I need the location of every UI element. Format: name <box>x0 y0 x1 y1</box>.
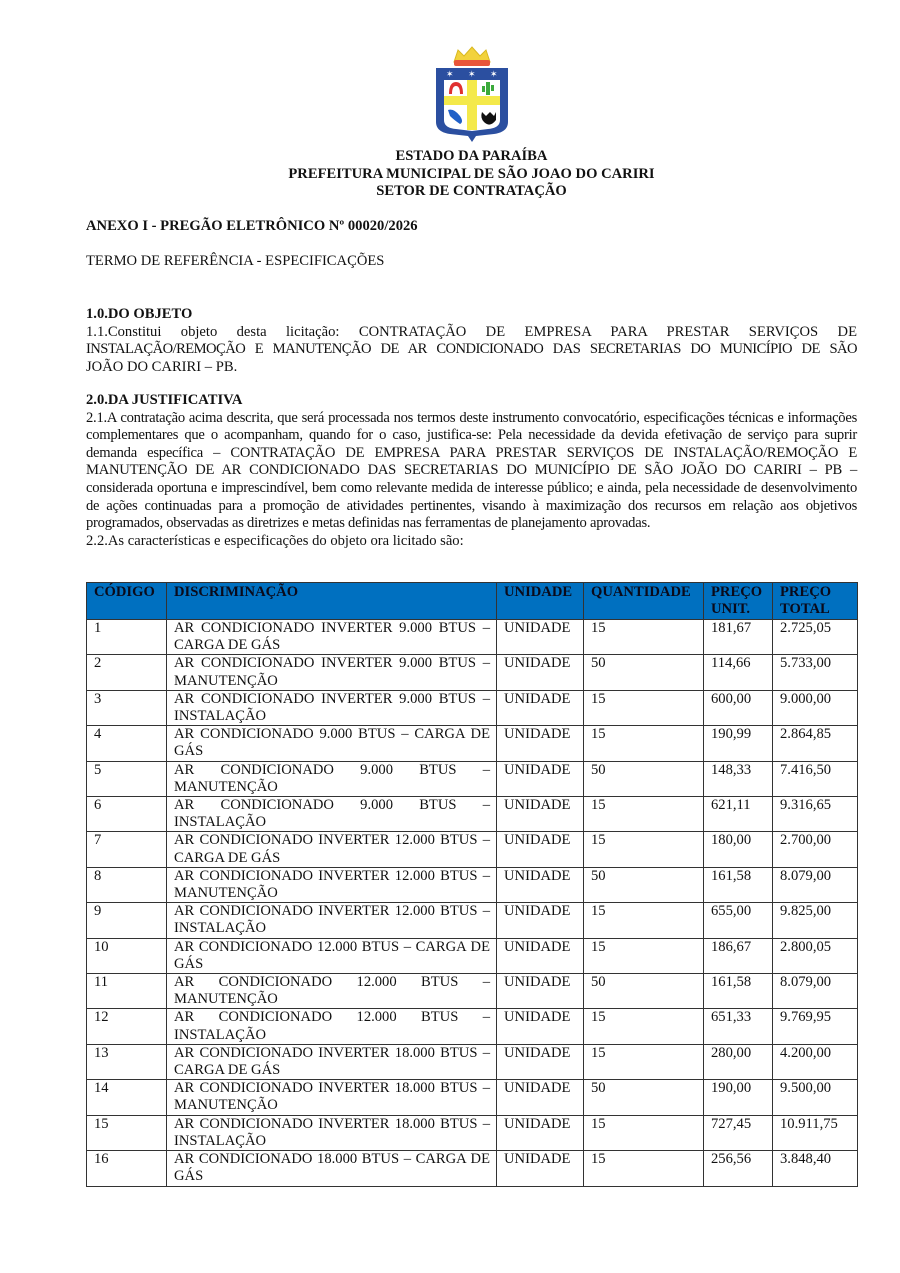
cell-codigo: 12 <box>87 1009 167 1044</box>
cell-unidade: UNIDADE <box>497 1044 584 1079</box>
cell-discriminacao: AR CONDICIONADO INVERTER 18.000 BTUS – C… <box>167 1044 497 1079</box>
cell-preco-unit: 190,00 <box>704 1080 773 1115</box>
table-row: 10AR CONDICIONADO 12.000 BTUS – CARGA DE… <box>87 938 858 973</box>
table-row: 14AR CONDICIONADO INVERTER 18.000 BTUS –… <box>87 1080 858 1115</box>
cell-discriminacao: AR CONDICIONADO 12.000 BTUS – MANUTENÇÃO <box>167 974 497 1009</box>
section-title: 1.0.DO OBJETO <box>86 306 857 324</box>
cell-quantidade: 15 <box>584 690 704 725</box>
cell-preco-unit: 161,58 <box>704 867 773 902</box>
column-header-preco-unit: PREÇO UNIT. <box>704 583 773 620</box>
cell-preco-unit: 148,33 <box>704 761 773 796</box>
cell-codigo: 4 <box>87 726 167 761</box>
cell-discriminacao: AR CONDICIONADO INVERTER 18.000 BTUS – M… <box>167 1080 497 1115</box>
paragraph: 2.2.As características e especificações … <box>86 533 857 551</box>
cell-preco-total: 7.416,50 <box>773 761 858 796</box>
cell-preco-total: 9.000,00 <box>773 690 858 725</box>
document-title: ANEXO I - PREGÃO ELETRÔNICO Nº 00020/202… <box>86 218 418 236</box>
cell-codigo: 14 <box>87 1080 167 1115</box>
cell-discriminacao: AR CONDICIONADO INVERTER 18.000 BTUS – I… <box>167 1115 497 1150</box>
table-row: 11AR CONDICIONADO 12.000 BTUS – MANUTENÇ… <box>87 974 858 1009</box>
cell-unidade: UNIDADE <box>497 761 584 796</box>
cell-codigo: 16 <box>87 1151 167 1186</box>
cell-codigo: 15 <box>87 1115 167 1150</box>
cell-preco-total: 9.769,95 <box>773 1009 858 1044</box>
cell-preco-unit: 180,00 <box>704 832 773 867</box>
cell-preco-unit: 186,67 <box>704 938 773 973</box>
cell-discriminacao: AR CONDICIONADO INVERTER 12.000 BTUS – C… <box>167 832 497 867</box>
cell-quantidade: 15 <box>584 797 704 832</box>
cell-codigo: 9 <box>87 903 167 938</box>
svg-text:✶: ✶ <box>468 70 476 80</box>
table-row: 13AR CONDICIONADO INVERTER 18.000 BTUS –… <box>87 1044 858 1079</box>
cell-preco-total: 10.911,75 <box>773 1115 858 1150</box>
cell-preco-unit: 256,56 <box>704 1151 773 1186</box>
state-name: ESTADO DA PARAÍBA <box>86 148 857 166</box>
cell-discriminacao: AR CONDICIONADO 18.000 BTUS – CARGA DE G… <box>167 1151 497 1186</box>
table-row: 16AR CONDICIONADO 18.000 BTUS – CARGA DE… <box>87 1151 858 1186</box>
cell-discriminacao: AR CONDICIONADO 9.000 BTUS – INSTALAÇÃO <box>167 797 497 832</box>
cell-preco-unit: 600,00 <box>704 690 773 725</box>
column-header-discriminacao: DISCRIMINAÇÃO <box>167 583 497 620</box>
cell-codigo: 8 <box>87 867 167 902</box>
cell-quantidade: 50 <box>584 974 704 1009</box>
cell-unidade: UNIDADE <box>497 1080 584 1115</box>
cell-unidade: UNIDADE <box>497 797 584 832</box>
section-objeto: 1.0.DO OBJETO 1.1.Constitui objeto desta… <box>86 306 857 376</box>
cell-quantidade: 15 <box>584 1009 704 1044</box>
cell-discriminacao: AR CONDICIONADO 9.000 BTUS – CARGA DE GÁ… <box>167 726 497 761</box>
cell-preco-total: 8.079,00 <box>773 867 858 902</box>
cell-codigo: 7 <box>87 832 167 867</box>
cell-codigo: 6 <box>87 797 167 832</box>
cell-discriminacao: AR CONDICIONADO 9.000 BTUS – MANUTENÇÃO <box>167 761 497 796</box>
cell-quantidade: 50 <box>584 761 704 796</box>
cell-preco-total: 3.848,40 <box>773 1151 858 1186</box>
cell-codigo: 13 <box>87 1044 167 1079</box>
cell-preco-total: 2.700,00 <box>773 832 858 867</box>
cell-codigo: 10 <box>87 938 167 973</box>
cell-preco-total: 9.500,00 <box>773 1080 858 1115</box>
cell-preco-total: 2.800,05 <box>773 938 858 973</box>
cell-preco-total: 4.200,00 <box>773 1044 858 1079</box>
cell-codigo: 11 <box>87 974 167 1009</box>
cell-unidade: UNIDADE <box>497 726 584 761</box>
table-row: 5AR CONDICIONADO 9.000 BTUS – MANUTENÇÃO… <box>87 761 858 796</box>
cell-discriminacao: AR CONDICIONADO 12.000 BTUS – CARGA DE G… <box>167 938 497 973</box>
cell-quantidade: 15 <box>584 1151 704 1186</box>
table-row: 9AR CONDICIONADO INVERTER 12.000 BTUS – … <box>87 903 858 938</box>
cell-quantidade: 50 <box>584 867 704 902</box>
cell-preco-unit: 181,67 <box>704 620 773 655</box>
table-row: 6AR CONDICIONADO 9.000 BTUS – INSTALAÇÃO… <box>87 797 858 832</box>
cell-discriminacao: AR CONDICIONADO 12.000 BTUS – INSTALAÇÃO <box>167 1009 497 1044</box>
table-row: 8AR CONDICIONADO INVERTER 12.000 BTUS – … <box>87 867 858 902</box>
document-subtitle: TERMO DE REFERÊNCIA - ESPECIFICAÇÕES <box>86 253 384 271</box>
table-row: 15AR CONDICIONADO INVERTER 18.000 BTUS –… <box>87 1115 858 1150</box>
items-table: CÓDIGO DISCRIMINAÇÃO UNIDADE QUANTIDADE … <box>86 582 858 1187</box>
table-row: 4AR CONDICIONADO 9.000 BTUS – CARGA DE G… <box>87 726 858 761</box>
cell-preco-total: 2.864,85 <box>773 726 858 761</box>
cell-preco-unit: 280,00 <box>704 1044 773 1079</box>
table-body: 1AR CONDICIONADO INVERTER 9.000 BTUS – C… <box>87 620 858 1187</box>
cell-preco-unit: 621,11 <box>704 797 773 832</box>
cell-discriminacao: AR CONDICIONADO INVERTER 9.000 BTUS – IN… <box>167 690 497 725</box>
paragraph-line: 1.1.Constitui objeto desta licitação: CO… <box>86 324 857 342</box>
cell-codigo: 5 <box>87 761 167 796</box>
section-justificativa: 2.0.DA JUSTIFICATIVA 2.1.A contratação a… <box>86 392 857 550</box>
cell-quantidade: 15 <box>584 620 704 655</box>
cell-discriminacao: AR CONDICIONADO INVERTER 9.000 BTUS – MA… <box>167 655 497 690</box>
cell-preco-unit: 114,66 <box>704 655 773 690</box>
cell-preco-total: 8.079,00 <box>773 974 858 1009</box>
table-header-row: CÓDIGO DISCRIMINAÇÃO UNIDADE QUANTIDADE … <box>87 583 858 620</box>
cell-unidade: UNIDADE <box>497 832 584 867</box>
cell-unidade: UNIDADE <box>497 690 584 725</box>
table-row: 1AR CONDICIONADO INVERTER 9.000 BTUS – C… <box>87 620 858 655</box>
cell-codigo: 1 <box>87 620 167 655</box>
cell-unidade: UNIDADE <box>497 867 584 902</box>
cell-quantidade: 50 <box>584 655 704 690</box>
paragraph: 2.1.A contratação acima descrita, que se… <box>86 410 857 533</box>
municipality-name: PREFEITURA MUNICIPAL DE SÃO JOAO DO CARI… <box>86 166 857 184</box>
cell-quantidade: 15 <box>584 832 704 867</box>
cell-unidade: UNIDADE <box>497 655 584 690</box>
cell-codigo: 3 <box>87 690 167 725</box>
cell-preco-unit: 190,99 <box>704 726 773 761</box>
letterhead: ESTADO DA PARAÍBA PREFEITURA MUNICIPAL D… <box>86 148 857 201</box>
svg-text:✶: ✶ <box>490 70 498 80</box>
cell-discriminacao: AR CONDICIONADO INVERTER 12.000 BTUS – M… <box>167 867 497 902</box>
cell-preco-unit: 655,00 <box>704 903 773 938</box>
column-header-quantidade: QUANTIDADE <box>584 583 704 620</box>
coat-of-arms-icon: ✶ ✶ ✶ <box>432 44 512 144</box>
cell-preco-total: 2.725,05 <box>773 620 858 655</box>
column-header-codigo: CÓDIGO <box>87 583 167 620</box>
cell-quantidade: 15 <box>584 726 704 761</box>
cell-preco-unit: 651,33 <box>704 1009 773 1044</box>
cell-preco-unit: 727,45 <box>704 1115 773 1150</box>
column-header-unidade: UNIDADE <box>497 583 584 620</box>
cell-preco-unit: 161,58 <box>704 974 773 1009</box>
cell-unidade: UNIDADE <box>497 903 584 938</box>
cell-discriminacao: AR CONDICIONADO INVERTER 9.000 BTUS – CA… <box>167 620 497 655</box>
column-header-preco-total: PREÇO TOTAL <box>773 583 858 620</box>
cell-unidade: UNIDADE <box>497 938 584 973</box>
cell-quantidade: 15 <box>584 903 704 938</box>
table-row: 7AR CONDICIONADO INVERTER 12.000 BTUS – … <box>87 832 858 867</box>
table-row: 3AR CONDICIONADO INVERTER 9.000 BTUS – I… <box>87 690 858 725</box>
cell-quantidade: 15 <box>584 1115 704 1150</box>
department-name: SETOR DE CONTRATAÇÃO <box>86 183 857 201</box>
cell-unidade: UNIDADE <box>497 974 584 1009</box>
cell-quantidade: 15 <box>584 938 704 973</box>
cell-unidade: UNIDADE <box>497 1151 584 1186</box>
cell-quantidade: 15 <box>584 1044 704 1079</box>
svg-text:✶: ✶ <box>446 70 454 80</box>
cell-preco-total: 5.733,00 <box>773 655 858 690</box>
cell-quantidade: 50 <box>584 1080 704 1115</box>
paragraph-line: JOÃO DO CARIRI – PB. <box>86 359 857 377</box>
table-row: 12AR CONDICIONADO 12.000 BTUS – INSTALAÇ… <box>87 1009 858 1044</box>
paragraph-line: INSTALAÇÃO/REMOÇÃO E MANUTENÇÃO DE AR CO… <box>86 341 857 359</box>
cell-preco-total: 9.825,00 <box>773 903 858 938</box>
section-title: 2.0.DA JUSTIFICATIVA <box>86 392 857 410</box>
cell-unidade: UNIDADE <box>497 620 584 655</box>
table-row: 2AR CONDICIONADO INVERTER 9.000 BTUS – M… <box>87 655 858 690</box>
cell-discriminacao: AR CONDICIONADO INVERTER 12.000 BTUS – I… <box>167 903 497 938</box>
cell-unidade: UNIDADE <box>497 1009 584 1044</box>
cell-preco-total: 9.316,65 <box>773 797 858 832</box>
cell-codigo: 2 <box>87 655 167 690</box>
cell-unidade: UNIDADE <box>497 1115 584 1150</box>
